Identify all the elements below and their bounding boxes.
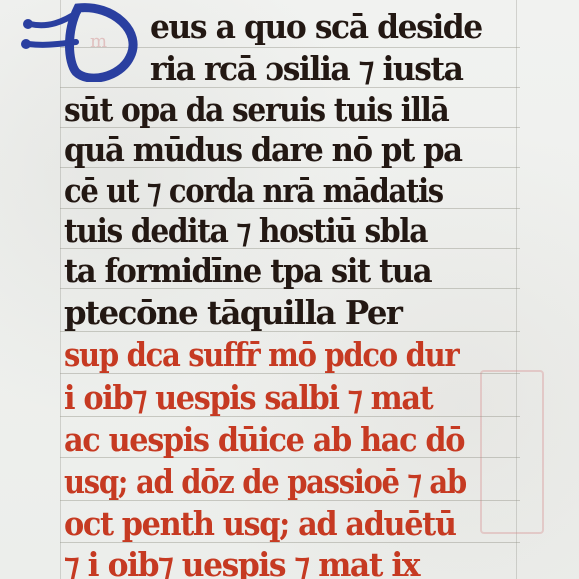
- text-line-2: ria rcā ɔsilia ⁊ iusta: [150, 52, 462, 85]
- text-line-5: cē ut ⁊ corda nrā mādatis: [64, 174, 443, 207]
- blue-initial-d-icon: m: [18, 2, 138, 82]
- rubric-line-2: i oib⁊ uespis salbi ⁊ mat: [64, 381, 432, 414]
- rubric-line-4: usq; ad dōz de passioē ⁊ ab: [64, 465, 466, 498]
- faded-red-trace: [480, 370, 544, 534]
- svg-text:m: m: [90, 31, 107, 52]
- text-line-1: eus a quo scā deside: [150, 10, 482, 43]
- rubric-line-5: oct penth usq; ad aduētū: [64, 507, 456, 540]
- rubric-line-3: ac uespis dūice ab hac dō: [64, 423, 464, 456]
- text-line-4: quā mūdus dare nō pt pa: [64, 133, 462, 166]
- rubric-line-1: sup dca suffr̄ mō pdco dur: [64, 338, 458, 371]
- text-line-3: sūt opa da seruis tuis illā: [64, 93, 448, 126]
- text-line-7: ta formidīne tpa sit tua: [64, 254, 431, 287]
- rubric-line-6: ⁊ i oib⁊ uespis ⁊ mat ix: [64, 548, 419, 579]
- manuscript-page: m eus a quo scā deside ria rcā ɔsilia ⁊ …: [0, 0, 579, 579]
- text-line-6: tuis dedita ⁊ hostiū sbla: [64, 214, 427, 247]
- text-line-8: ptecōne tāquilla Per: [64, 296, 402, 329]
